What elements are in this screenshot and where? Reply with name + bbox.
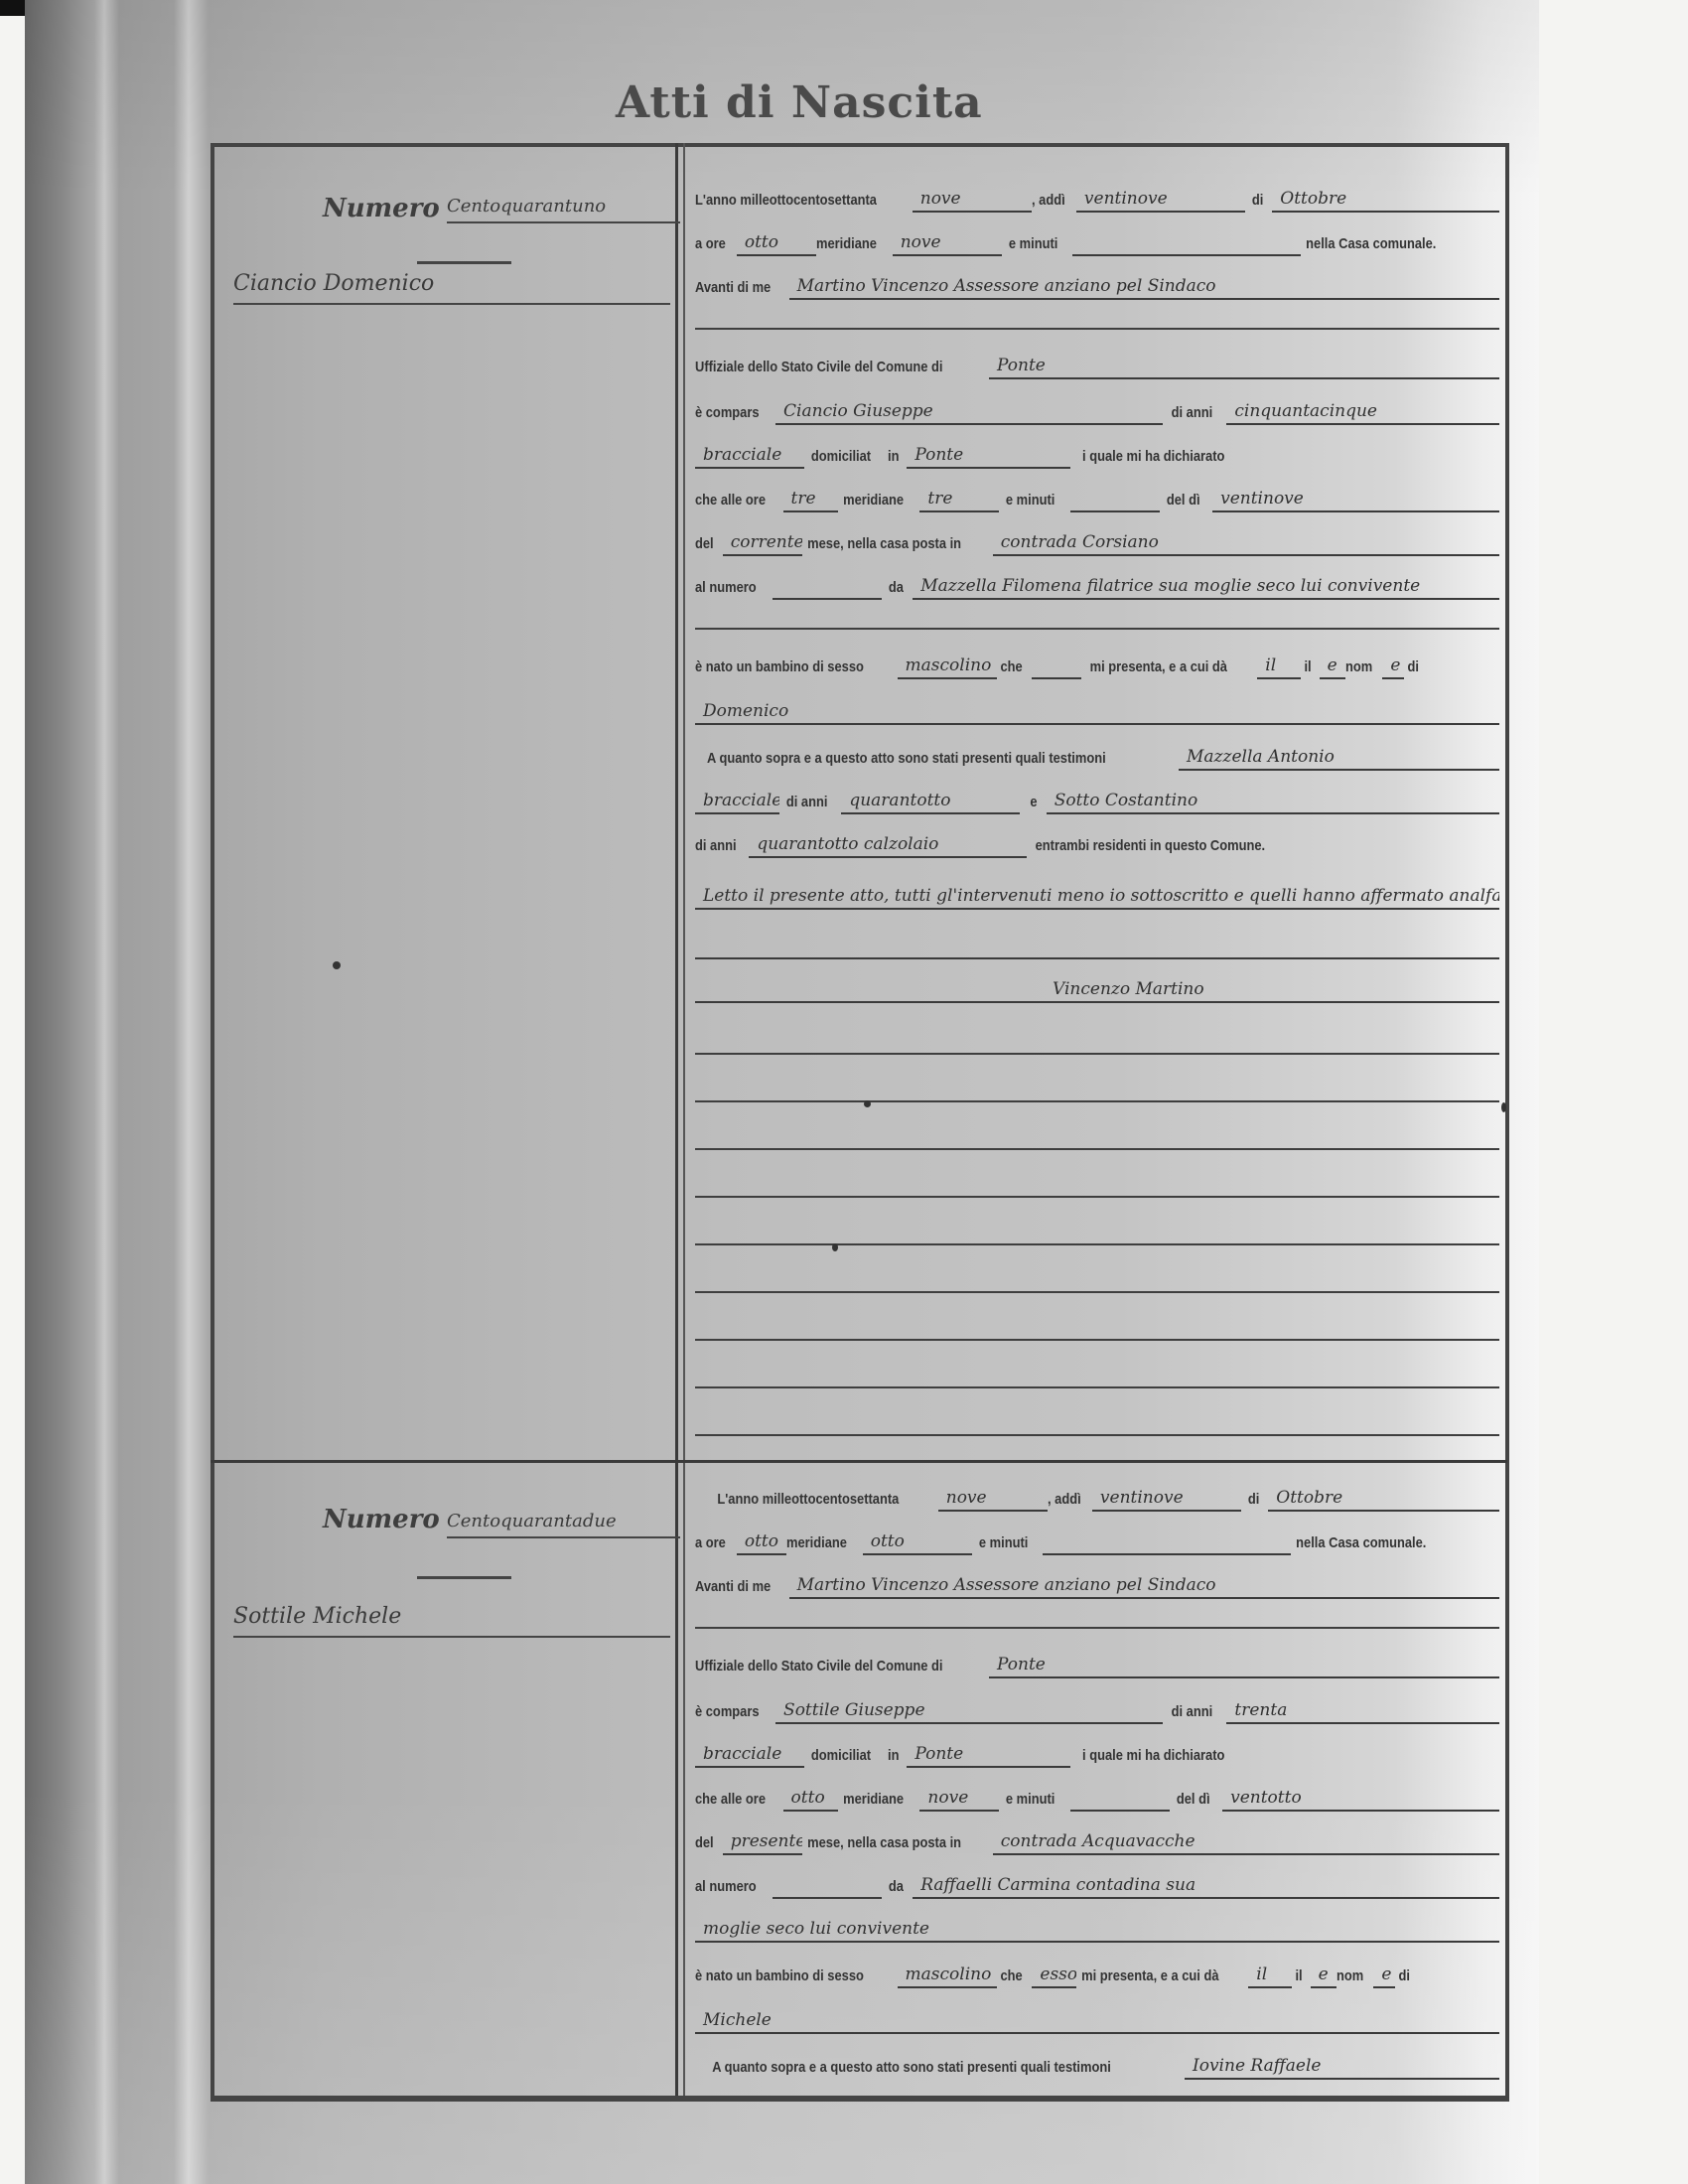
blank-ruled-line: [695, 1434, 1499, 1436]
child-name-field: Michele: [695, 2004, 1499, 2034]
record-line: del presente mese, nella casa posta in c…: [695, 1821, 1499, 1855]
blank-ruled-line: [695, 1386, 1499, 1388]
record-line: Michele: [695, 2000, 1499, 2034]
record-line: L'anno milleottocentosettanta nove , add…: [695, 1478, 1499, 1512]
sex-field: mascolino: [898, 650, 997, 679]
column-divider-inner: [683, 143, 685, 2096]
signature-line: Vincenzo Martino: [695, 969, 1499, 1003]
numero-underline: [417, 1576, 511, 1579]
blank-ruled-line: [695, 1100, 1499, 1102]
ruled-line: [695, 628, 1499, 630]
witness-2-field: Sotto Costantino: [1047, 785, 1499, 814]
scan-edge: [0, 0, 25, 16]
scan-speck: [864, 1100, 871, 1107]
mother-field: Mazzella Filomena filatrice sua moglie s…: [913, 570, 1499, 600]
numero-value: Centoquarantadue: [447, 1511, 680, 1538]
numero-label: Numero: [323, 194, 440, 223]
page-title: Atti di Nascita: [616, 77, 983, 128]
record-line: è nato un bambino di sesso mascolino che…: [695, 1955, 1499, 1988]
record-line: Uffiziale dello Stato Civile del Comune …: [695, 1645, 1499, 1678]
record-line: a ore otto meridiane otto e minuti nella…: [695, 1522, 1499, 1555]
declarant-field: Ciancio Giuseppe: [775, 395, 1163, 425]
scan-speck: [333, 961, 341, 969]
witness-1-field: Mazzella Antonio: [1179, 741, 1499, 771]
record-line: Avanti di me Martino Vincenzo Assessore …: [695, 1565, 1499, 1599]
scan-speck: [832, 1243, 838, 1251]
record-line: [695, 926, 1499, 959]
record-line: L'anno milleottocentosettanta nove , add…: [695, 179, 1499, 213]
record-line: che alle ore otto meridiane nove e minut…: [695, 1778, 1499, 1812]
age-field: trenta: [1226, 1694, 1499, 1724]
record-line: che alle ore tre meridiane tre e minuti …: [695, 479, 1499, 512]
month-field: Ottobre: [1268, 1482, 1499, 1512]
record-line: è nato un bambino di sesso mascolino che…: [695, 646, 1499, 679]
record-line: al numero da Mazzella Filomena filatrice…: [695, 566, 1499, 600]
blank-ruled-line: [695, 1053, 1499, 1055]
numero-value: Centoquarantuno: [447, 196, 680, 223]
closing-text: Letto il presente atto, tutti gl'interve…: [695, 874, 1499, 910]
scan-speck: [1501, 1102, 1506, 1112]
blank-ruled-line: [695, 1196, 1499, 1198]
numero-label: Numero: [323, 1505, 440, 1534]
record-line: A quanto sopra e a questo atto sono stat…: [695, 737, 1499, 771]
year-field: nove: [938, 1482, 1048, 1512]
record-line: di anni quarantotto calzolaio entrambi r…: [695, 824, 1499, 858]
blank-ruled-line: [695, 1243, 1499, 1245]
record-line: al numero da Raffaelli Carmina contadina…: [695, 1865, 1499, 1899]
record-line: è compars Sottile Giuseppe di anni trent…: [695, 1690, 1499, 1724]
address-field: contrada Acquavacche: [993, 1825, 1499, 1855]
comune-field: Ponte: [989, 1649, 1499, 1678]
record-line: bracciale domiciliat in Ponte i quale mi…: [695, 435, 1499, 469]
age-field: cinquantacinque: [1226, 395, 1499, 425]
record-line: bracciale di anni quarantotto e Sotto Co…: [695, 781, 1499, 814]
declarant-field: Sottile Giuseppe: [775, 1694, 1163, 1724]
blank-ruled-line: [695, 1339, 1499, 1341]
record-line: moglie seco lui convivente: [695, 1909, 1499, 1943]
officer-field: Martino Vincenzo Assessore anziano pel S…: [789, 270, 1499, 300]
record-line: Avanti di me Martino Vincenzo Assessore …: [695, 266, 1499, 300]
record-line: Uffiziale dello Stato Civile del Comune …: [695, 346, 1499, 379]
month-field: Ottobre: [1272, 183, 1499, 213]
profession-field: bracciale: [695, 439, 804, 469]
record-line: del corrente mese, nella casa posta in c…: [695, 522, 1499, 556]
mother-field: Raffaelli Carmina contadina sua: [913, 1869, 1499, 1899]
blank-ruled-line: [695, 1148, 1499, 1150]
day-field: ventinove: [1092, 1482, 1241, 1512]
child-name-field: Domenico: [695, 695, 1499, 725]
signature: Vincenzo Martino: [695, 973, 1499, 1003]
comune-field: Ponte: [989, 350, 1499, 379]
numero-underline: [417, 261, 511, 264]
record-line: è compars Ciancio Giuseppe di anni cinqu…: [695, 391, 1499, 425]
column-divider: [675, 143, 678, 2096]
officer-field: Martino Vincenzo Assessore anziano pel S…: [789, 1569, 1499, 1599]
child-name-margin: Sottile Michele: [233, 1604, 670, 1638]
blank-ruled-line: [695, 1291, 1499, 1293]
child-name-margin: Ciancio Domenico: [233, 271, 670, 305]
address-field: contrada Corsiano: [993, 526, 1499, 556]
ruled-line: [695, 328, 1499, 330]
year-field: nove: [913, 183, 1032, 213]
record-line: A quanto sopra e a questo atto sono stat…: [695, 2046, 1499, 2080]
record-line: Letto il presente atto, tutti gl'interve…: [695, 870, 1499, 910]
ruled-line: [695, 1627, 1499, 1629]
record-line: bracciale domiciliat in Ponte i quale mi…: [695, 1734, 1499, 1768]
record-line: Domenico: [695, 691, 1499, 725]
sex-field: mascolino: [898, 1959, 997, 1988]
witness-1-field: Iovine Raffaele: [1185, 2050, 1499, 2080]
profession-field: bracciale: [695, 1738, 804, 1768]
record-line: a ore otto meridiane nove e minuti nella…: [695, 222, 1499, 256]
record-separator: [211, 1460, 1507, 1463]
day-field: ventinove: [1076, 183, 1245, 213]
